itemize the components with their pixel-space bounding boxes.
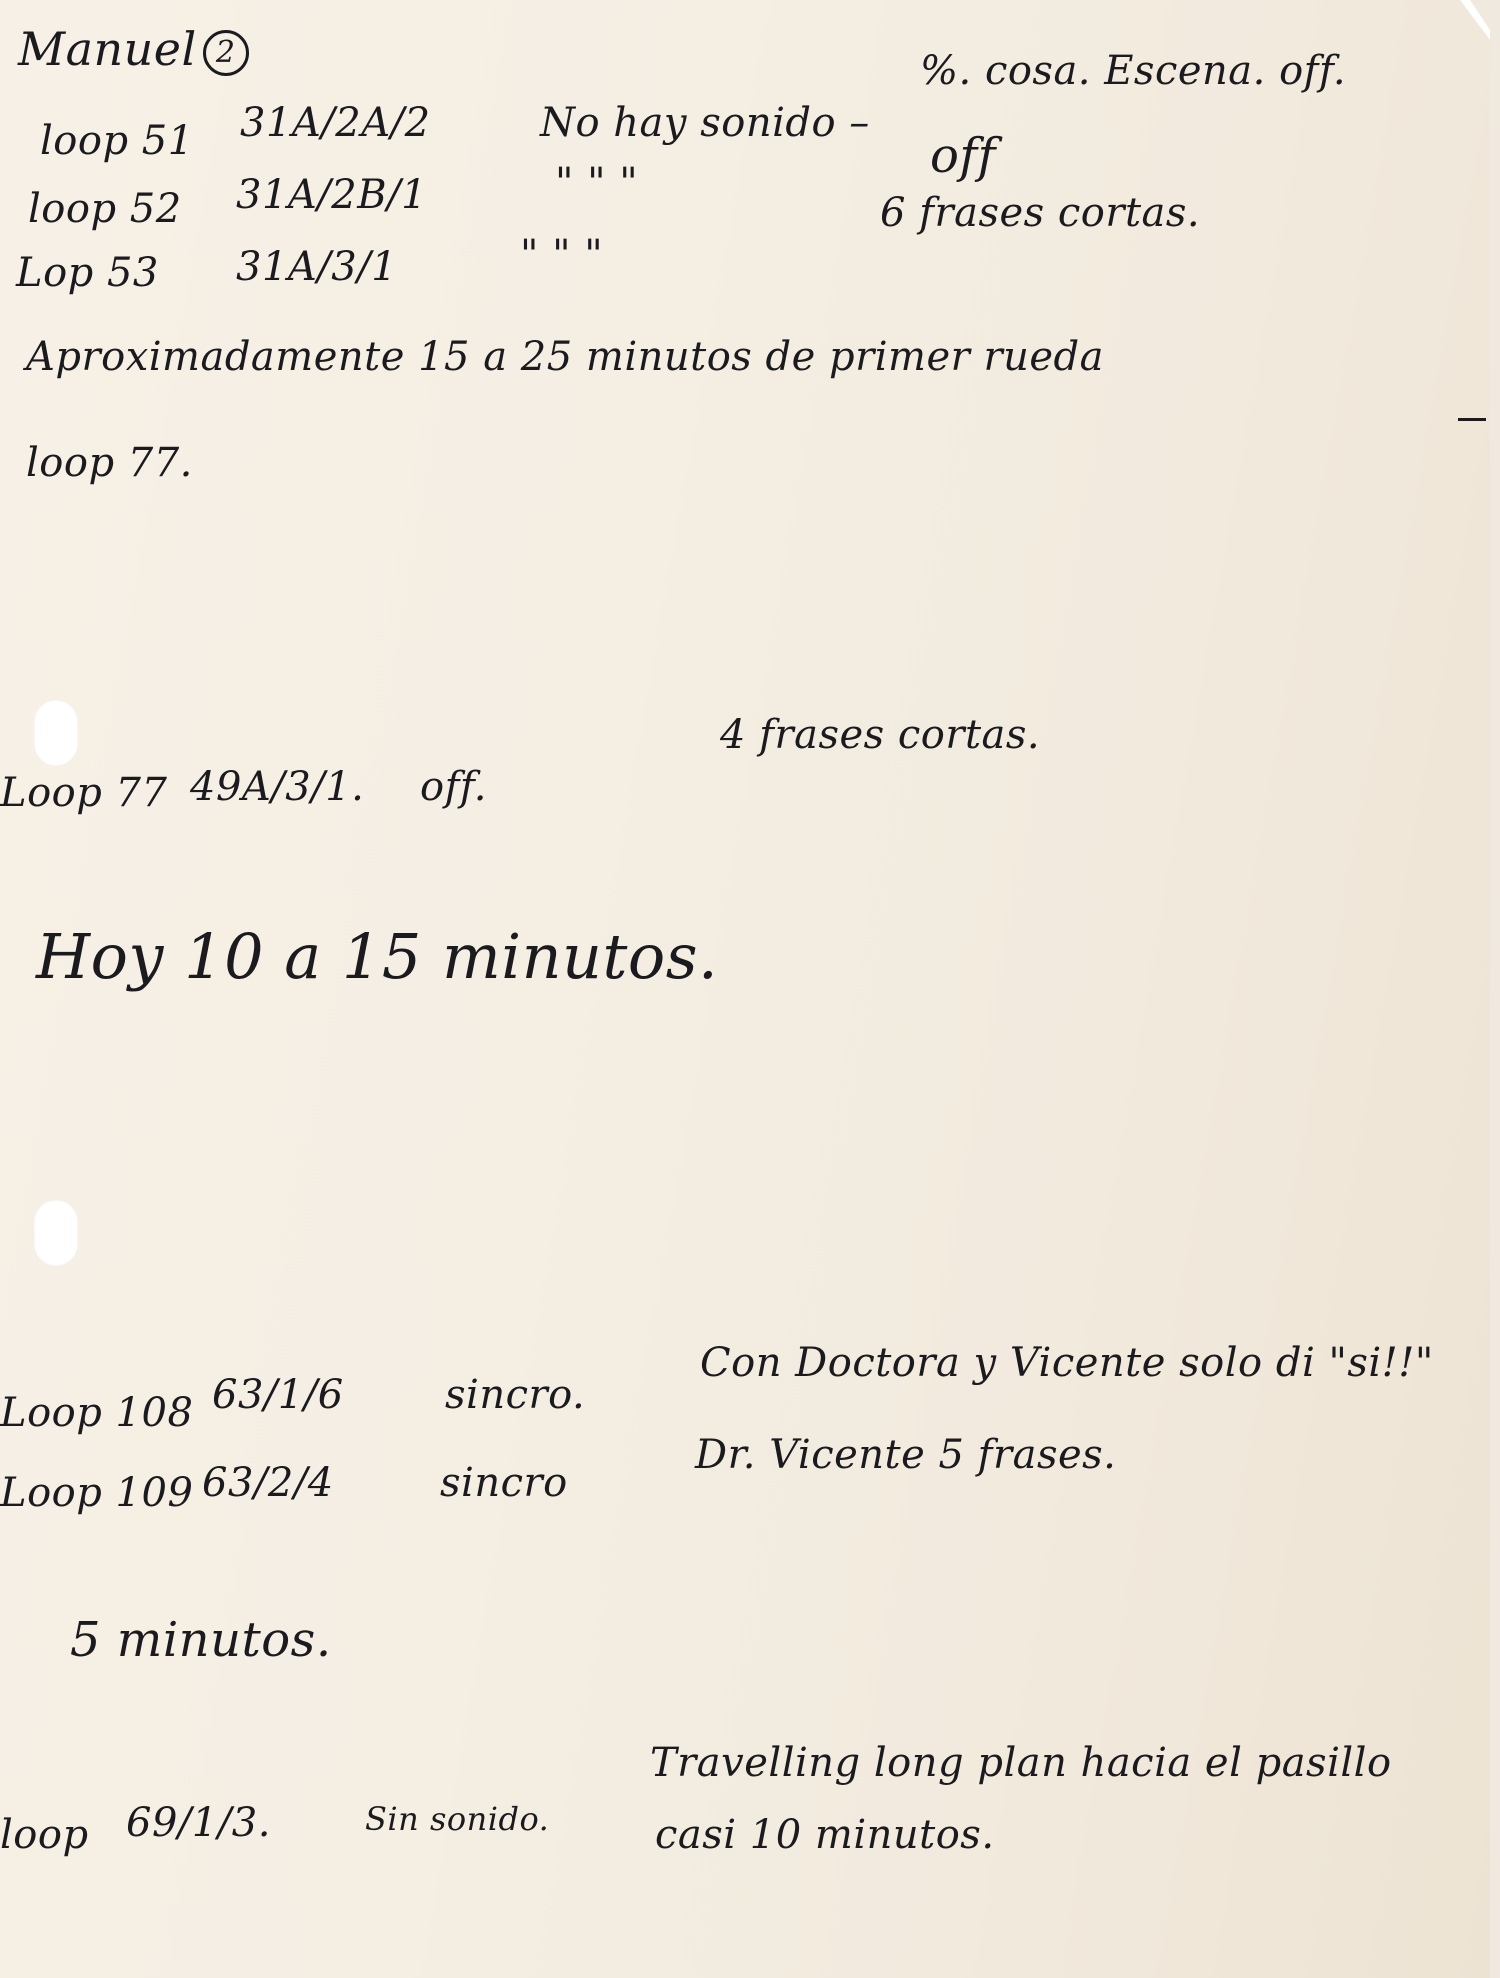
punch-hole-bottom <box>34 1200 78 1266</box>
loop-52-label: loop 52 <box>28 186 182 232</box>
summary-approx-minutes: Aproximadamente 15 a 25 minutos de prime… <box>26 334 1104 380</box>
loop-109-extra: Dr. Vicente 5 frases. <box>695 1432 1116 1478</box>
loop-109-code: 63/2/4 <box>202 1460 334 1506</box>
scanned-paper-page: Manuel2 loop 51 31A/2A/2 No hay sonido –… <box>0 0 1490 1978</box>
punch-hole-top <box>34 700 78 766</box>
summary-loop-77: loop 77. <box>26 440 193 486</box>
side-note-off: off <box>930 128 996 184</box>
loop-53-code: 31A/3/1 <box>236 244 397 290</box>
loop-51-note: No hay sonido – <box>540 100 870 146</box>
loop-109-note: sincro <box>440 1460 568 1506</box>
loop-53-label: Lop 53 <box>16 250 159 296</box>
margin-dash <box>1458 418 1486 421</box>
loop-108-extra: Con Doctora y Vicente solo di "si!!" <box>700 1340 1434 1386</box>
loop-77-label: Loop 77 <box>0 770 167 816</box>
summary-hoy-minutes: Hoy 10 a 15 minutos. <box>36 920 718 993</box>
loop-51-code: 31A/2A/2 <box>240 100 431 146</box>
summary-5-minutos: 5 minutos. <box>70 1612 332 1668</box>
loop-69-code: 69/1/3. <box>126 1800 271 1846</box>
loop-108-label: Loop 108 <box>0 1390 193 1436</box>
loop-69-note: Sin sonido. <box>365 1800 549 1838</box>
page-number-circled: 2 <box>203 30 249 76</box>
title-text: Manuel <box>18 22 197 76</box>
loop-77-note: off. <box>420 764 487 810</box>
loop-52-note: " " " <box>555 160 638 206</box>
side-note-scene-off: %. cosa. Escena. off. <box>920 48 1346 94</box>
loop-69-extra-line2: casi 10 minutos. <box>655 1812 995 1858</box>
loop-51-label: loop 51 <box>40 118 194 164</box>
loop-108-note: sincro. <box>445 1372 585 1418</box>
loop-109-label: Loop 109 <box>0 1470 193 1516</box>
loop-69-extra-line1: Travelling long plan hacia el pasillo <box>650 1740 1392 1786</box>
folded-corner <box>1460 0 1490 40</box>
side-note-6-frases: 6 frases cortas. <box>880 190 1200 236</box>
loop-53-note: " " " <box>520 232 603 278</box>
loop-69-label: loop <box>0 1812 89 1858</box>
loop-52-code: 31A/2B/1 <box>236 172 427 218</box>
loop-77-code: 49A/3/1. <box>190 764 364 810</box>
loop-108-code: 63/1/6 <box>212 1372 344 1418</box>
loop-77-extra: 4 frases cortas. <box>720 712 1040 758</box>
page-title: Manuel2 <box>18 22 249 76</box>
